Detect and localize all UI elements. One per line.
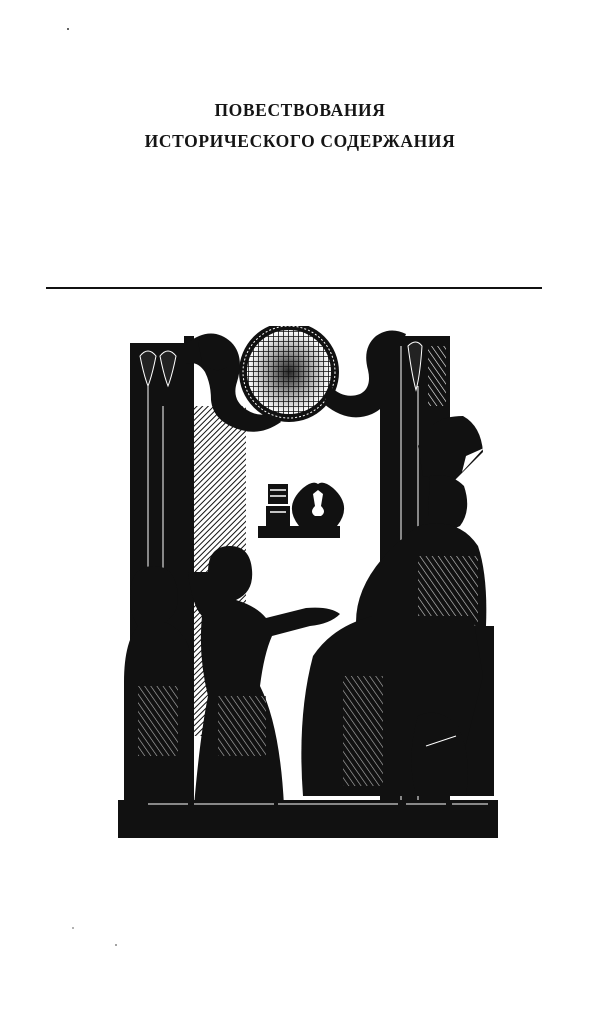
section-heading: ПОВЕСТВОВАНИЯ ИСТОРИЧЕСКОГО СОДЕРЖАНИЯ <box>0 95 600 157</box>
scan-speck <box>72 927 74 929</box>
woodcut-illustration <box>118 326 498 838</box>
heading-line-1: ПОВЕСТВОВАНИЯ <box>0 95 600 126</box>
scan-speck <box>67 28 69 30</box>
egyptian-offering-scene-icon <box>118 326 498 838</box>
horizontal-rule <box>46 287 542 289</box>
heading-line-2: ИСТОРИЧЕСКОГО СОДЕРЖАНИЯ <box>0 126 600 157</box>
scan-speck <box>115 944 117 946</box>
